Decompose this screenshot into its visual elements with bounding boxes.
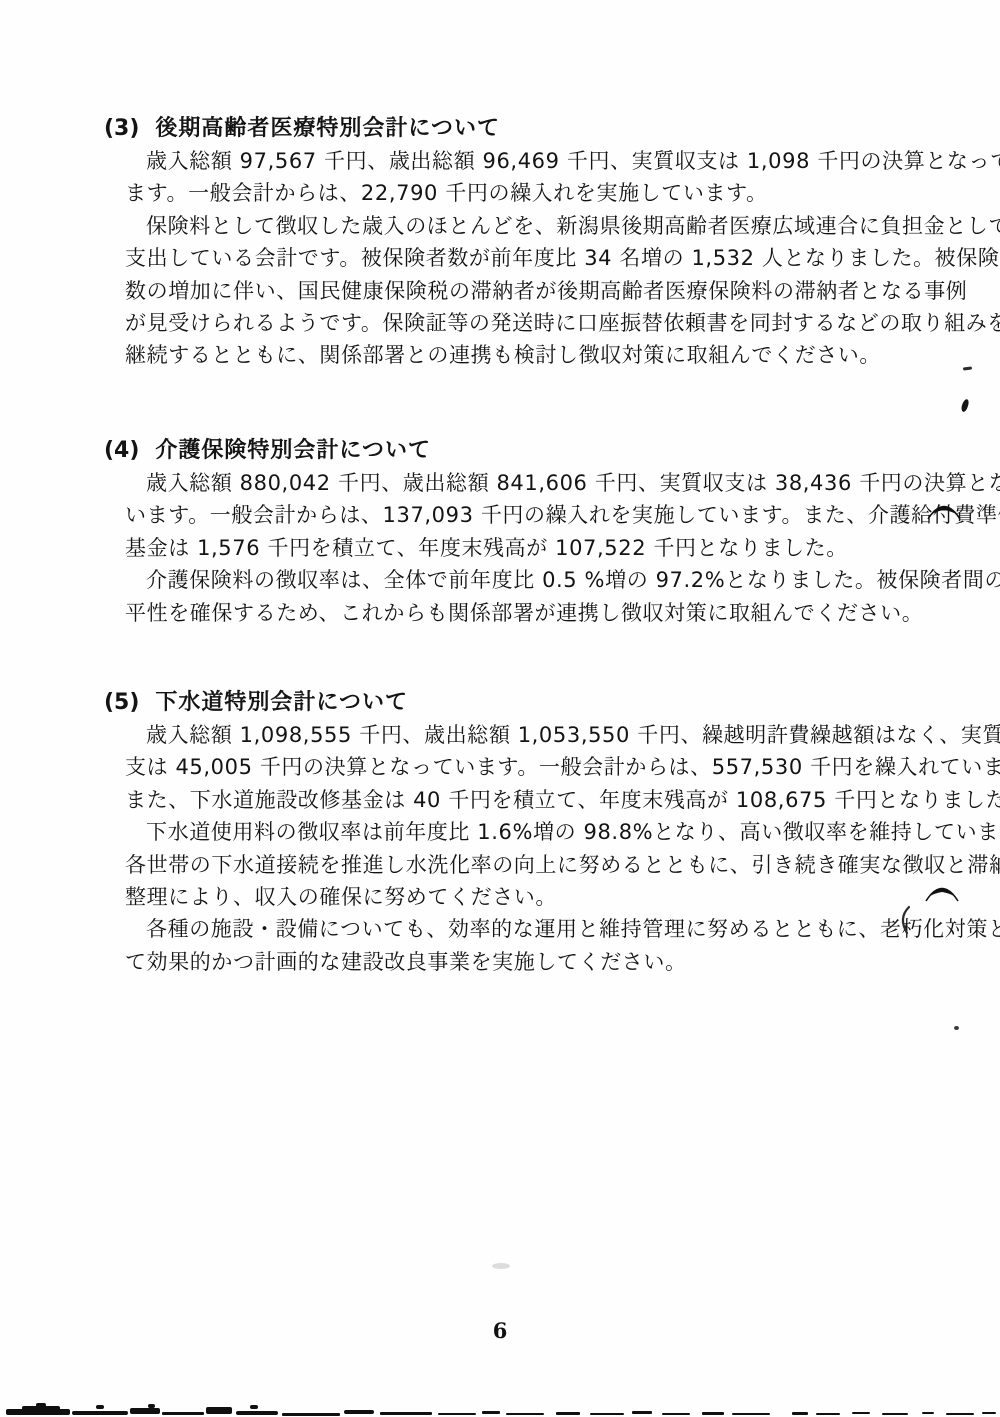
body-line: 各種の施設・設備についても、効率的な運用と維持管理に努めるとともに、老朽化対策と…: [125, 913, 1000, 945]
scan-smudge-icon: [492, 1263, 510, 1269]
body-line: 介護保険料の徴収率は、全体で前年度比 0.5 %増の 97.2%となりました。被…: [125, 564, 1000, 596]
section-heading: (4) 介護保険特別会計について: [104, 434, 1000, 467]
scan-speck-icon: [961, 398, 970, 412]
body-line: 数の増加に伴い、国民健康保険税の滞納者が後期高齢者医療保険料の滞納者となる事例: [125, 275, 1000, 307]
body-line: 歳入総額 97,567 千円、歳出総額 96,469 千円、実質収支は 1,09…: [125, 145, 1000, 177]
body-line: て効果的かつ計画的な建設改良事業を実施してください。: [125, 946, 1000, 978]
body-line: 保険料として徴収した歳入のほとんどを、新潟県後期高齢者医療広域連合に負担金として: [125, 210, 1000, 242]
body-line: 整理により、収入の確保に努めてください。: [125, 881, 1000, 913]
body-line: います。一般会計からは、137,093 千円の繰入れを実施しています。また、介護…: [125, 499, 1000, 531]
section-heading: (3) 後期高齢者医療特別会計について: [104, 112, 1000, 145]
section-title: 介護保険特別会計について: [155, 434, 431, 467]
body-line: 支は 45,005 千円の決算となっています。一般会計からは、557,530 千…: [125, 751, 1000, 783]
section-number: (4): [104, 434, 139, 467]
section-sewerage-account: (5) 下水道特別会計について 歳入総額 1,098,555 千円、歳出総額 1…: [0, 686, 1000, 978]
scan-speck-icon: [954, 1026, 959, 1030]
scanned-document-page: (3) 後期高齢者医療特別会計について 歳入総額 97,567 千円、歳出総額 …: [0, 0, 1000, 1417]
scan-edge-noise: [0, 1401, 1000, 1417]
body-line: 支出している会計です。被保険者数が前年度比 34 名増の 1,532 人となりま…: [125, 242, 1000, 274]
body-line: 基金は 1,576 千円を積立て、年度末残高が 107,522 千円となりました…: [125, 532, 1000, 564]
page-number: 6: [0, 1318, 1000, 1343]
section-number: (3): [104, 112, 139, 145]
body-line: 下水道使用料の徴収率は前年度比 1.6%増の 98.8%となり、高い徴収率を維持…: [125, 816, 1000, 848]
body-line: 歳入総額 1,098,555 千円、歳出総額 1,053,550 千円、繰越明許…: [125, 719, 1000, 751]
section-late-elderly-medical-account: (3) 後期高齢者医療特別会計について 歳入総額 97,567 千円、歳出総額 …: [0, 112, 1000, 372]
body-line: 歳入総額 880,042 千円、歳出総額 841,606 千円、実質収支は 38…: [125, 467, 1000, 499]
body-line: 各世帯の下水道接続を推進し水洗化率の向上に努めるとともに、引き続き確実な徴収と滞…: [125, 849, 1000, 881]
body-line: 平性を確保するため、これからも関係部署が連携し徴収対策に取組んでください。: [125, 597, 1000, 629]
section-title: 後期高齢者医療特別会計について: [155, 112, 500, 145]
section-nursing-care-insurance-account: (4) 介護保険特別会計について 歳入総額 880,042 千円、歳出総額 84…: [0, 434, 1000, 629]
body-line: また、下水道施設改修基金は 40 千円を積立て、年度末残高が 108,675 千…: [125, 784, 1000, 816]
body-line: ます。一般会計からは、22,790 千円の繰入れを実施しています。: [125, 177, 1000, 209]
body-line: が見受けられるようです。保険証等の発送時に口座振替依頼書を同封するなどの取り組み…: [125, 307, 1000, 339]
section-number: (5): [104, 686, 139, 719]
body-line: 継続するとともに、関係部署との連携も検討し徴収対策に取組んでください。: [125, 339, 1000, 371]
section-heading: (5) 下水道特別会計について: [104, 686, 1000, 719]
section-title: 下水道特別会計について: [155, 686, 408, 719]
